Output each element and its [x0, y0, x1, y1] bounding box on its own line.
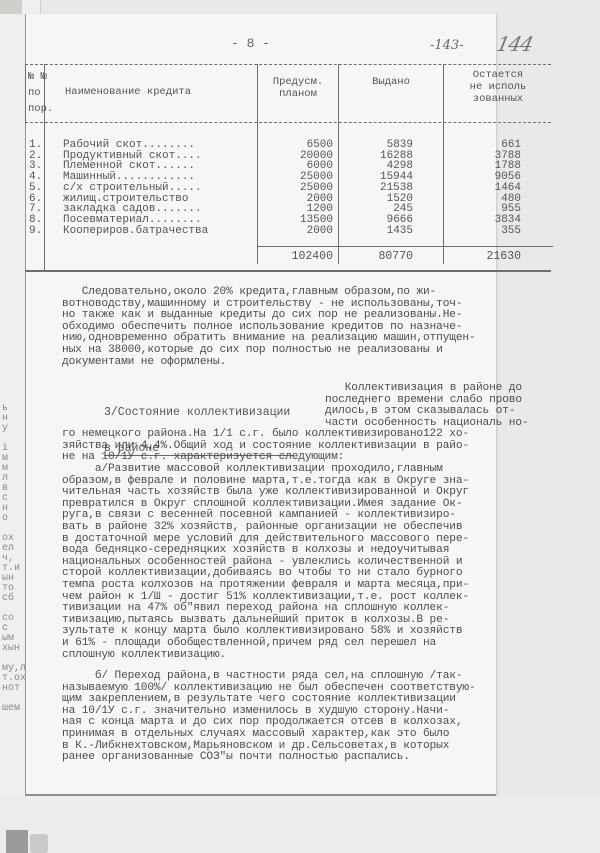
row-number: 6. — [29, 194, 42, 204]
row-remaining: 3788 — [445, 151, 521, 161]
row-planned: 20000 — [263, 151, 333, 161]
row-credit-name: Посевматериал........ — [63, 215, 202, 225]
left-margin-bleed-text: ь н у і м м л в с н о ох ел ч, т.и ын то… — [2, 404, 26, 714]
text-line: вода бедняцко-середняцких хозяйств в кол… — [62, 545, 469, 557]
text-line: документами не оформлены. — [62, 357, 476, 369]
row-issued: 1435 — [343, 226, 413, 236]
row-issued: 16288 — [343, 151, 413, 161]
row-issued: 245 — [343, 204, 413, 214]
row-number: 9. — [29, 226, 42, 236]
paragraph-b: б/ Переход района,в частности ряда сел,н… — [62, 671, 476, 764]
row-remaining: 355 — [445, 226, 521, 236]
archive-number-typed: -143- — [430, 38, 464, 53]
text-line: темпа роста колхозов на протяжении февра… — [62, 580, 469, 592]
paragraph-a: а/Развитие массовой коллективизации прох… — [62, 464, 469, 661]
row-issued: 15944 — [343, 172, 413, 182]
header-issued: Выдано — [343, 76, 439, 88]
row-number: 5. — [29, 183, 42, 193]
row-planned: 6000 — [263, 161, 333, 171]
row-credit-name: Продуктивный скот.... — [63, 151, 202, 161]
text-line: ных на 38000,которые до сих пор полность… — [62, 345, 476, 357]
row-planned: 2000 — [263, 226, 333, 236]
row-remaining: 661 — [445, 140, 521, 150]
header-planned: Предусм. планом — [261, 76, 335, 100]
row-remaining: 480 — [445, 194, 521, 204]
row-credit-name: Рабочий скот........ — [63, 140, 195, 150]
row-number: 4. — [29, 172, 42, 182]
paragraph-credit-usage: Следовательно,около 20% кредита,главным … — [62, 287, 476, 368]
row-remaining: 955 — [445, 204, 521, 214]
total-planned: 102400 — [263, 252, 333, 262]
text-line: принимая в отдельных случаях массовый ха… — [62, 729, 476, 741]
text-line: б/ Переход района,в частности ряда сел,н… — [62, 671, 476, 683]
text-line: тивизации на 47% об"явил переход района … — [62, 603, 469, 615]
row-credit-name: закладка садов....... — [63, 204, 202, 214]
row-number: 1. — [29, 140, 42, 150]
page-corner-shadow — [0, 0, 22, 14]
total-remaining: 21630 — [445, 252, 521, 262]
row-planned: 25000 — [263, 172, 333, 182]
row-remaining: 9056 — [445, 172, 521, 182]
row-remaining: 1464 — [445, 183, 521, 193]
text-line: и 61% - площади обобществленной,причем р… — [62, 638, 469, 650]
row-number: 2. — [29, 151, 42, 161]
section-3-intro: Коллективизация в районе допоследнего вр… — [325, 383, 528, 429]
text-line: Следовательно,около 20% кредита,главным … — [62, 287, 476, 299]
row-remaining: 1788 — [445, 161, 521, 171]
header-remaining: Остается не исполь зованных — [445, 69, 551, 105]
header-credit-name: Наименование кредита — [65, 86, 191, 98]
row-credit-name: Коопериров.батрачества — [63, 226, 208, 236]
total-issued: 80770 — [343, 252, 413, 262]
row-credit-name: с/х строительный..... — [63, 183, 202, 193]
text-line: го немецкого района.На 1/1 с.г. было кол… — [62, 429, 469, 441]
row-issued: 4298 — [343, 161, 413, 171]
row-planned: 25000 — [263, 183, 333, 193]
archive-number-handwritten: 144 — [494, 32, 534, 56]
header-number: № № по пор. — [28, 71, 53, 115]
row-planned: 2000 — [263, 194, 333, 204]
page-number: - 8 - — [231, 36, 270, 51]
row-remaining: 3834 — [445, 215, 521, 225]
row-credit-name: жилищ.строительство — [63, 194, 188, 204]
row-planned: 13500 — [263, 215, 333, 225]
row-planned: 1200 — [263, 204, 333, 214]
row-issued: 21538 — [343, 183, 413, 193]
row-number: 8. — [29, 215, 42, 225]
row-credit-name: Машинный............ — [63, 172, 195, 182]
text-line: сплошную коллективизацию. — [62, 650, 469, 662]
desk-background — [0, 796, 600, 853]
credit-table: № № по пор. Наименование кредита Предусм… — [25, 64, 579, 270]
binding-clip — [6, 830, 28, 853]
row-credit-name: Племенной скот...... — [63, 161, 195, 171]
text-line: Коллективизация в районе до — [325, 383, 528, 395]
text-line: а/Развитие массовой коллективизации прох… — [62, 464, 469, 476]
row-planned: 6500 — [263, 140, 333, 150]
text-line: ранее организованные СОЗ"ы почти полност… — [62, 752, 476, 764]
row-number: 7. — [29, 204, 42, 214]
row-number: 3. — [29, 161, 42, 171]
section-3-continuation: го немецкого района.На 1/1 с.г. было кол… — [62, 429, 469, 464]
binding-clip-shadow — [30, 834, 48, 853]
row-issued: 9666 — [343, 215, 413, 225]
text-line: вать в районе 32% хозяйств, районные орг… — [62, 522, 469, 534]
row-issued: 5839 — [343, 140, 413, 150]
row-issued: 1520 — [343, 194, 413, 204]
